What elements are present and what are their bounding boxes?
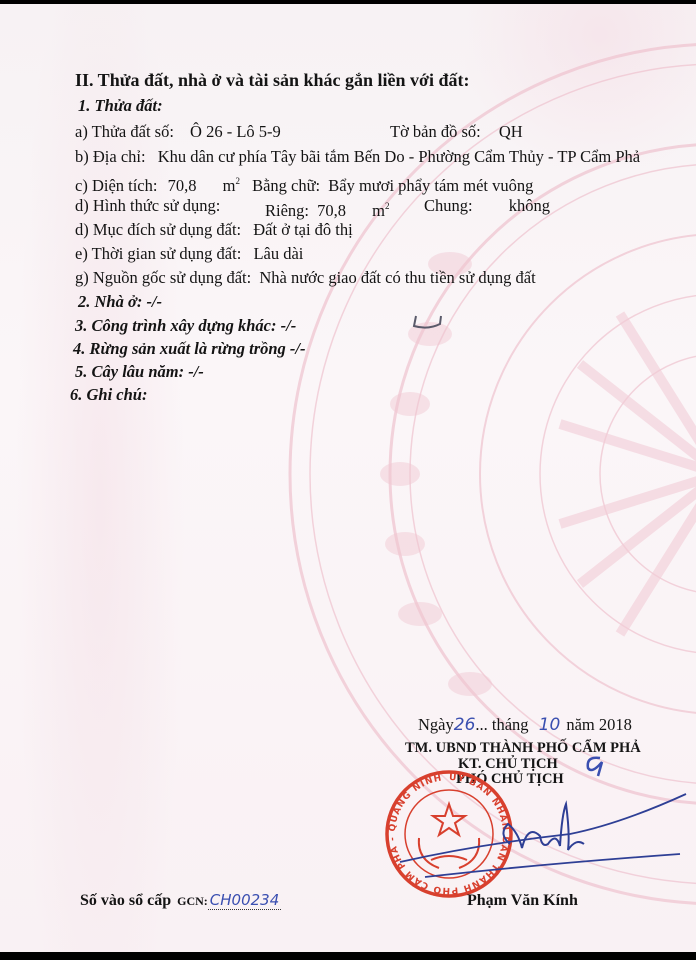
origin-value: Nhà nước giao đất có thu tiền sử dụng đấ…	[259, 268, 535, 287]
signer-name: Phạm Văn Kính	[467, 891, 578, 911]
issue-day: 26	[454, 715, 476, 735]
origin-row: g) Nguồn gốc sử dụng đất: Nhà nước giao …	[75, 268, 536, 288]
section-title: II. Thửa đất, nhà ở và tài sản khác gắn …	[75, 70, 470, 90]
purpose-value: Đất ở tại đô thị	[253, 220, 352, 239]
area-words-value: Bẩy mươi phẩy tám mét vuông	[328, 176, 533, 195]
address-row: b) Địa chỉ: Khu dân cư phía Tây bãi tắm …	[75, 147, 640, 167]
staple-mark-icon	[410, 310, 446, 332]
duration-label: e) Thời gian sử dụng đất:	[75, 244, 241, 263]
item-other-construction: 3. Công trình xây dựng khác: -/-	[75, 316, 296, 336]
area-unit: m2	[223, 176, 240, 195]
usage-form-label: d) Hình thức sử dụng:	[75, 196, 220, 215]
usage-form-row: d) Hình thức sử dụng:	[75, 196, 220, 216]
area-value: 70,8	[168, 176, 197, 195]
usage-private-unit: m2	[372, 201, 389, 220]
area-label: c) Diện tích:	[75, 176, 157, 195]
map-sheet-label: Tờ bản đồ số:	[390, 122, 481, 141]
purpose-row: d) Mục đích sử dụng đất: Đất ở tại đô th…	[75, 220, 353, 240]
subsection-land-parcel: 1. Thửa đất:	[78, 96, 163, 116]
usage-private: Riêng: 70,8 m2	[265, 196, 389, 221]
duration-value: Lâu dài	[253, 244, 303, 263]
usage-private-value: 70,8	[317, 201, 346, 220]
issue-date: Ngày26... tháng 10năm 2018	[418, 715, 632, 735]
map-sheet-row: Tờ bản đồ số: QH	[390, 122, 523, 142]
address-value: Khu dân cư phía Tây bãi tắm Bến Do - Phư…	[158, 147, 640, 166]
item-perennial-trees: 5. Cây lâu năm: -/-	[75, 362, 204, 382]
address-label: b) Địa chỉ:	[75, 147, 146, 166]
registry-gcn-value: CH00234	[210, 891, 279, 909]
registry-number: Số vào sổ cấp GCN:CH00234	[80, 890, 281, 911]
duration-row: e) Thời gian sử dụng đất: Lâu dài	[75, 244, 303, 264]
usage-shared: Chung: không	[424, 196, 550, 216]
item-production-forest: 4. Rừng sản xuất là rừng trồng -/-	[73, 339, 306, 359]
area-words-label: Bằng chữ:	[252, 176, 320, 195]
purpose-label: d) Mục đích sử dụng đất:	[75, 220, 241, 239]
parcel-number-value: Ô 26 - Lô 5-9	[190, 122, 281, 141]
item-house: 2. Nhà ở: -/-	[78, 292, 162, 312]
parcel-number-row: a) Thửa đất số: Ô 26 - Lô 5-9	[75, 122, 281, 142]
parcel-number-label: a) Thửa đất số:	[75, 122, 174, 141]
map-sheet-value: QH	[499, 122, 523, 141]
area-row: c) Diện tích: 70,8 m2 Bằng chữ: Bẩy mươi…	[75, 171, 533, 196]
item-notes: 6. Ghi chú:	[70, 385, 147, 405]
handwritten-signature	[390, 774, 696, 894]
issue-month: 10	[539, 715, 561, 735]
usage-shared-value: không	[509, 196, 550, 215]
certificate-page: II. Thửa đất, nhà ở và tài sản khác gắn …	[0, 4, 696, 952]
origin-label: g) Nguồn gốc sử dụng đất:	[75, 268, 251, 287]
